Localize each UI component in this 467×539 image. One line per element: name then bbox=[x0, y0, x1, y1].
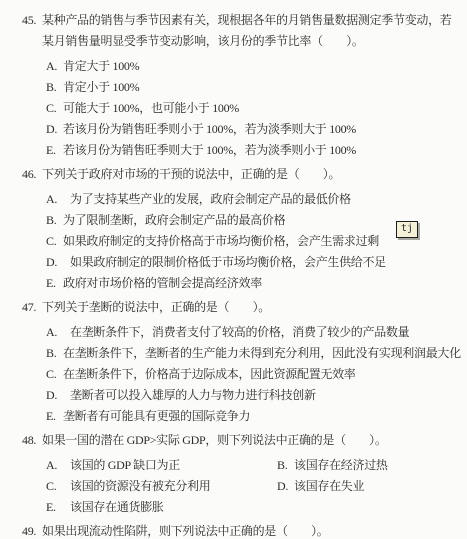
option-text: 该国的 GDP 缺口为正 bbox=[70, 455, 277, 476]
option-letter: D. bbox=[277, 476, 294, 497]
option-letter: C. bbox=[46, 476, 70, 497]
option-letter: E. bbox=[46, 140, 63, 161]
option-row: A. 在垄断条件下，消费者支付了较高的价格，消费了较少的产品数量 bbox=[46, 322, 462, 343]
option-letter: E. bbox=[46, 273, 63, 294]
option-letter: E. bbox=[46, 406, 63, 427]
option-text: 可能大于 100%，也可能小于 100% bbox=[63, 98, 462, 119]
option-text: 若该月份为销售旺季则大于 100%，若为淡季则小于 100% bbox=[63, 140, 462, 161]
question-stem: 下列关于垄断的说法中，正确的是（ ）。 bbox=[42, 297, 462, 318]
option-letter: A. bbox=[46, 56, 63, 77]
option-letter: C. bbox=[46, 364, 63, 385]
option-letter: A. bbox=[46, 322, 70, 343]
option-text: 在垄断条件下，价格高于边际成本，因此资源配置无效率 bbox=[63, 364, 462, 385]
option-row: C. 该国的资源没有被充分利用 bbox=[46, 476, 277, 497]
question-stem: 下列关于政府对市场的干预的说法中，正确的是（ ）。 bbox=[42, 164, 462, 185]
option-row: E. 垄断者有可能具有更强的国际竞争力 bbox=[46, 406, 462, 427]
option-text: 垄断者可以投入雄厚的人力与物力进行科技创新 bbox=[70, 385, 462, 406]
option-text: 该国的资源没有被充分利用 bbox=[70, 476, 277, 497]
option-letter: C. bbox=[46, 231, 63, 252]
option-letter: B. bbox=[277, 455, 294, 476]
options-list: A. 肯定大于 100% B. 肯定小于 100% C. 可能大于 100%，也… bbox=[22, 56, 462, 161]
option-text: 为了支持某些产业的发展，政府会制定产品的最低价格 bbox=[70, 189, 462, 210]
question-number: 48. bbox=[22, 430, 42, 451]
question-stem: 某种产品的销售与季节因素有关，现根据各年的月销售量数据测定季节变动，若某月销售量… bbox=[42, 10, 462, 52]
option-letter: B. bbox=[46, 343, 63, 364]
option-letter: D. bbox=[46, 385, 70, 406]
option-text: 该国存在经济过热 bbox=[294, 455, 462, 476]
option-text: 该国存在通货膨胀 bbox=[70, 497, 277, 518]
option-letter: D. bbox=[46, 252, 70, 273]
question-stem: 如果出现流动性陷阱，则下列说法中正确的是（ ）。 bbox=[42, 521, 462, 539]
option-letter: A. bbox=[46, 455, 70, 476]
options-list: A. 为了支持某些产业的发展，政府会制定产品的最低价格 B. 为了限制垄断，政府… bbox=[22, 189, 462, 294]
option-row: D. 垄断者可以投入雄厚的人力与物力进行科技创新 bbox=[46, 385, 462, 406]
option-text: 在垄断条件下，垄断者的生产能力未得到充分利用，因此没有实现利润最大化 bbox=[63, 343, 462, 364]
question-number: 49. bbox=[22, 521, 42, 539]
option-text: 如果政府制定的限制价格低于市场均衡价格，会产生供给不足 bbox=[70, 252, 462, 273]
question-48: 48. 如果一国的潜在 GDP>实际 GDP，则下列说法中正确的是（ ）。 A.… bbox=[22, 430, 462, 518]
option-letter: B. bbox=[46, 210, 63, 231]
option-letter: B. bbox=[46, 77, 63, 98]
option-letter: D. bbox=[46, 119, 63, 140]
question-47: 47. 下列关于垄断的说法中，正确的是（ ）。 A. 在垄断条件下，消费者支付了… bbox=[22, 297, 462, 427]
annotation-tooltip[interactable]: tj bbox=[396, 221, 418, 238]
option-row: E. 该国存在通货膨胀 bbox=[46, 497, 277, 518]
question-45: 45. 某种产品的销售与季节因素有关，现根据各年的月销售量数据测定季节变动，若某… bbox=[22, 10, 462, 161]
options-list: A. 在垄断条件下，消费者支付了较高的价格，消费了较少的产品数量 B. 在垄断条… bbox=[22, 322, 462, 427]
option-row: A. 为了支持某些产业的发展，政府会制定产品的最低价格 bbox=[46, 189, 462, 210]
option-text: 肯定小于 100% bbox=[63, 77, 462, 98]
question-number: 47. bbox=[22, 297, 42, 318]
question-number: 45. bbox=[22, 10, 42, 31]
option-row: B. 在垄断条件下，垄断者的生产能力未得到充分利用，因此没有实现利润最大化 bbox=[46, 343, 462, 364]
option-row: D. 该国存在失业 bbox=[277, 476, 462, 497]
option-row: E. 政府对市场价格的管制会提高经济效率 bbox=[46, 273, 462, 294]
question-stem: 如果一国的潜在 GDP>实际 GDP，则下列说法中正确的是（ ）。 bbox=[42, 430, 462, 451]
option-row: D. 如果政府制定的限制价格低于市场均衡价格，会产生供给不足 bbox=[46, 252, 462, 273]
option-letter: C. bbox=[46, 98, 63, 119]
option-text: 若该月份为销售旺季则小于 100%，若为淡季则大于 100% bbox=[63, 119, 462, 140]
exam-page: { "colors": { "page_background": "#fbfbf… bbox=[0, 0, 467, 539]
question-49: 49. 如果出现流动性陷阱，则下列说法中正确的是（ ）。 bbox=[22, 521, 462, 539]
option-text: 垄断者有可能具有更强的国际竞争力 bbox=[63, 406, 462, 427]
option-text: 在垄断条件下，消费者支付了较高的价格，消费了较少的产品数量 bbox=[70, 322, 462, 343]
option-row: B. 该国存在经济过热 bbox=[277, 455, 462, 476]
option-text: 政府对市场价格的管制会提高经济效率 bbox=[63, 273, 462, 294]
option-letter: A. bbox=[46, 189, 70, 210]
option-row: D. 若该月份为销售旺季则小于 100%，若为淡季则大于 100% bbox=[46, 119, 462, 140]
question-number: 46. bbox=[22, 164, 42, 185]
option-row: E. 若该月份为销售旺季则大于 100%，若为淡季则小于 100% bbox=[46, 140, 462, 161]
option-row: C. 在垄断条件下，价格高于边际成本，因此资源配置无效率 bbox=[46, 364, 462, 385]
option-text: 该国存在失业 bbox=[294, 476, 462, 497]
option-row: A. 该国的 GDP 缺口为正 bbox=[46, 455, 277, 476]
options-list: A. 该国的 GDP 缺口为正 B. 该国存在经济过热 C. 该国的资源没有被充… bbox=[22, 455, 462, 518]
option-row: A. 肯定大于 100% bbox=[46, 56, 462, 77]
option-text: 肯定大于 100% bbox=[63, 56, 462, 77]
option-letter: E. bbox=[46, 497, 70, 518]
option-row: C. 可能大于 100%，也可能小于 100% bbox=[46, 98, 462, 119]
option-row: B. 肯定小于 100% bbox=[46, 77, 462, 98]
